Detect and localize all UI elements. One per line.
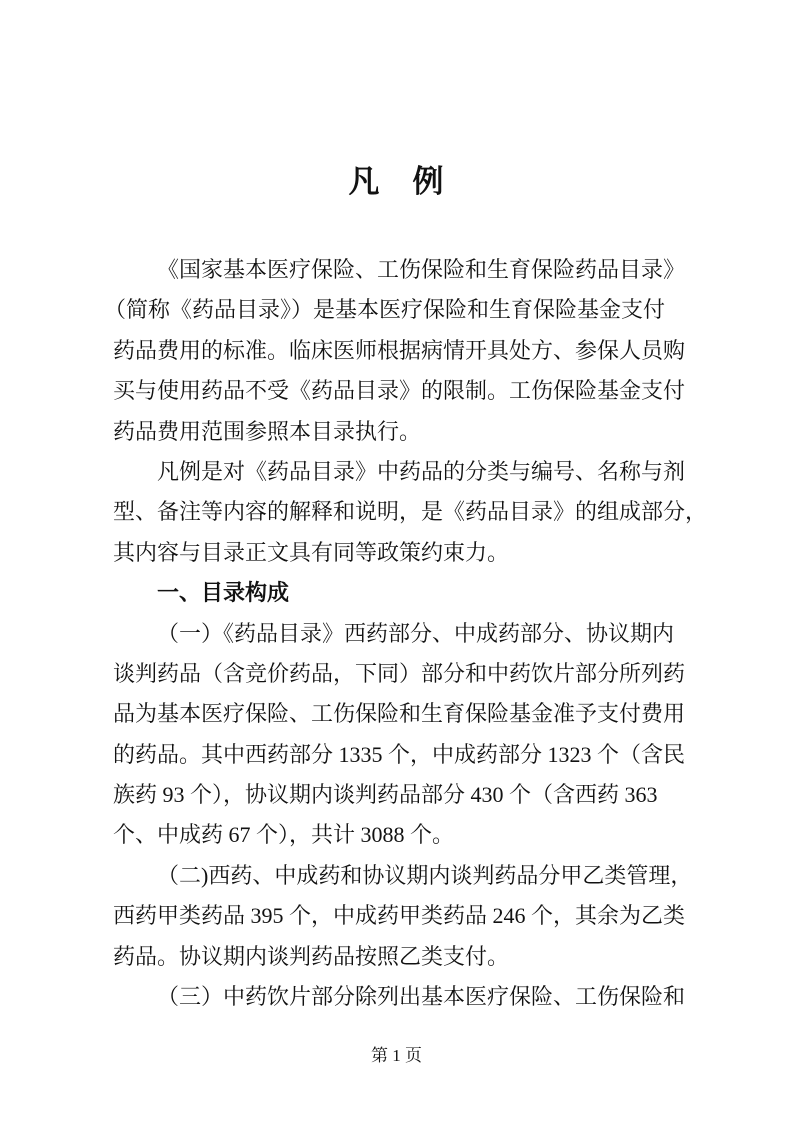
text-line: 谈判药品（含竞价药品，下同）部分和中药饮片部分所列药 (113, 654, 723, 694)
text-line: （一）《药品目录》西药部分、中成药部分、协议期内 (113, 614, 723, 654)
text-line: （简称《药品目录》）是基本医疗保险和生育保险基金支付 (104, 290, 723, 330)
text-line: （二)西药、中成药和协议期内谈判药品分甲乙类管理， (113, 856, 723, 896)
text-line: 《国家基本医疗保险、工伤保险和生育保险药品目录》 (113, 250, 723, 290)
text-line: 族药 93 个），协议期内谈判药品部分 430 个（含西药 363 (113, 775, 723, 815)
text-line: 的药品。其中西药部分 1335 个，中成药部分 1323 个（含民 (113, 735, 723, 775)
text-line: 品为基本医疗保险、工伤保险和生育保险基金准予支付费用 (113, 694, 723, 734)
section-heading: 一、目录构成 (113, 573, 723, 613)
text-line: 凡例是对《药品目录》中药品的分类与编号、名称与剂 (113, 452, 723, 492)
text-line: 买与使用药品不受《药品目录》的限制。工伤保险基金支付 (113, 371, 723, 411)
text-line: （三）中药饮片部分除列出基本医疗保险、工伤保险和 (113, 977, 723, 1017)
page-number: 第 1 页 (0, 1041, 793, 1066)
text-line: 型、备注等内容的解释和说明，是《药品目录》的组成部分， (113, 492, 723, 532)
document-title: 凡 例 (0, 156, 793, 201)
text-line: 药品。协议期内谈判药品按照乙类支付。 (113, 937, 723, 977)
text-line: 药品费用范围参照本目录执行。 (113, 412, 723, 452)
text-line: 个、中成药 67 个），共计 3088 个。 (113, 815, 723, 855)
text-line: 药品费用的标准。临床医师根据病情开具处方、参保人员购 (113, 331, 723, 371)
document-page: 凡 例 《国家基本医疗保险、工伤保险和生育保险药品目录》（简称《药品目录》）是基… (0, 0, 793, 1122)
text-line: 其内容与目录正文具有同等政策约束力。 (113, 533, 723, 573)
text-line: 西药甲类药品 395 个，中成药甲类药品 246 个，其余为乙类 (113, 896, 723, 936)
document-body: 《国家基本医疗保险、工伤保险和生育保险药品目录》（简称《药品目录》）是基本医疗保… (113, 250, 723, 1017)
